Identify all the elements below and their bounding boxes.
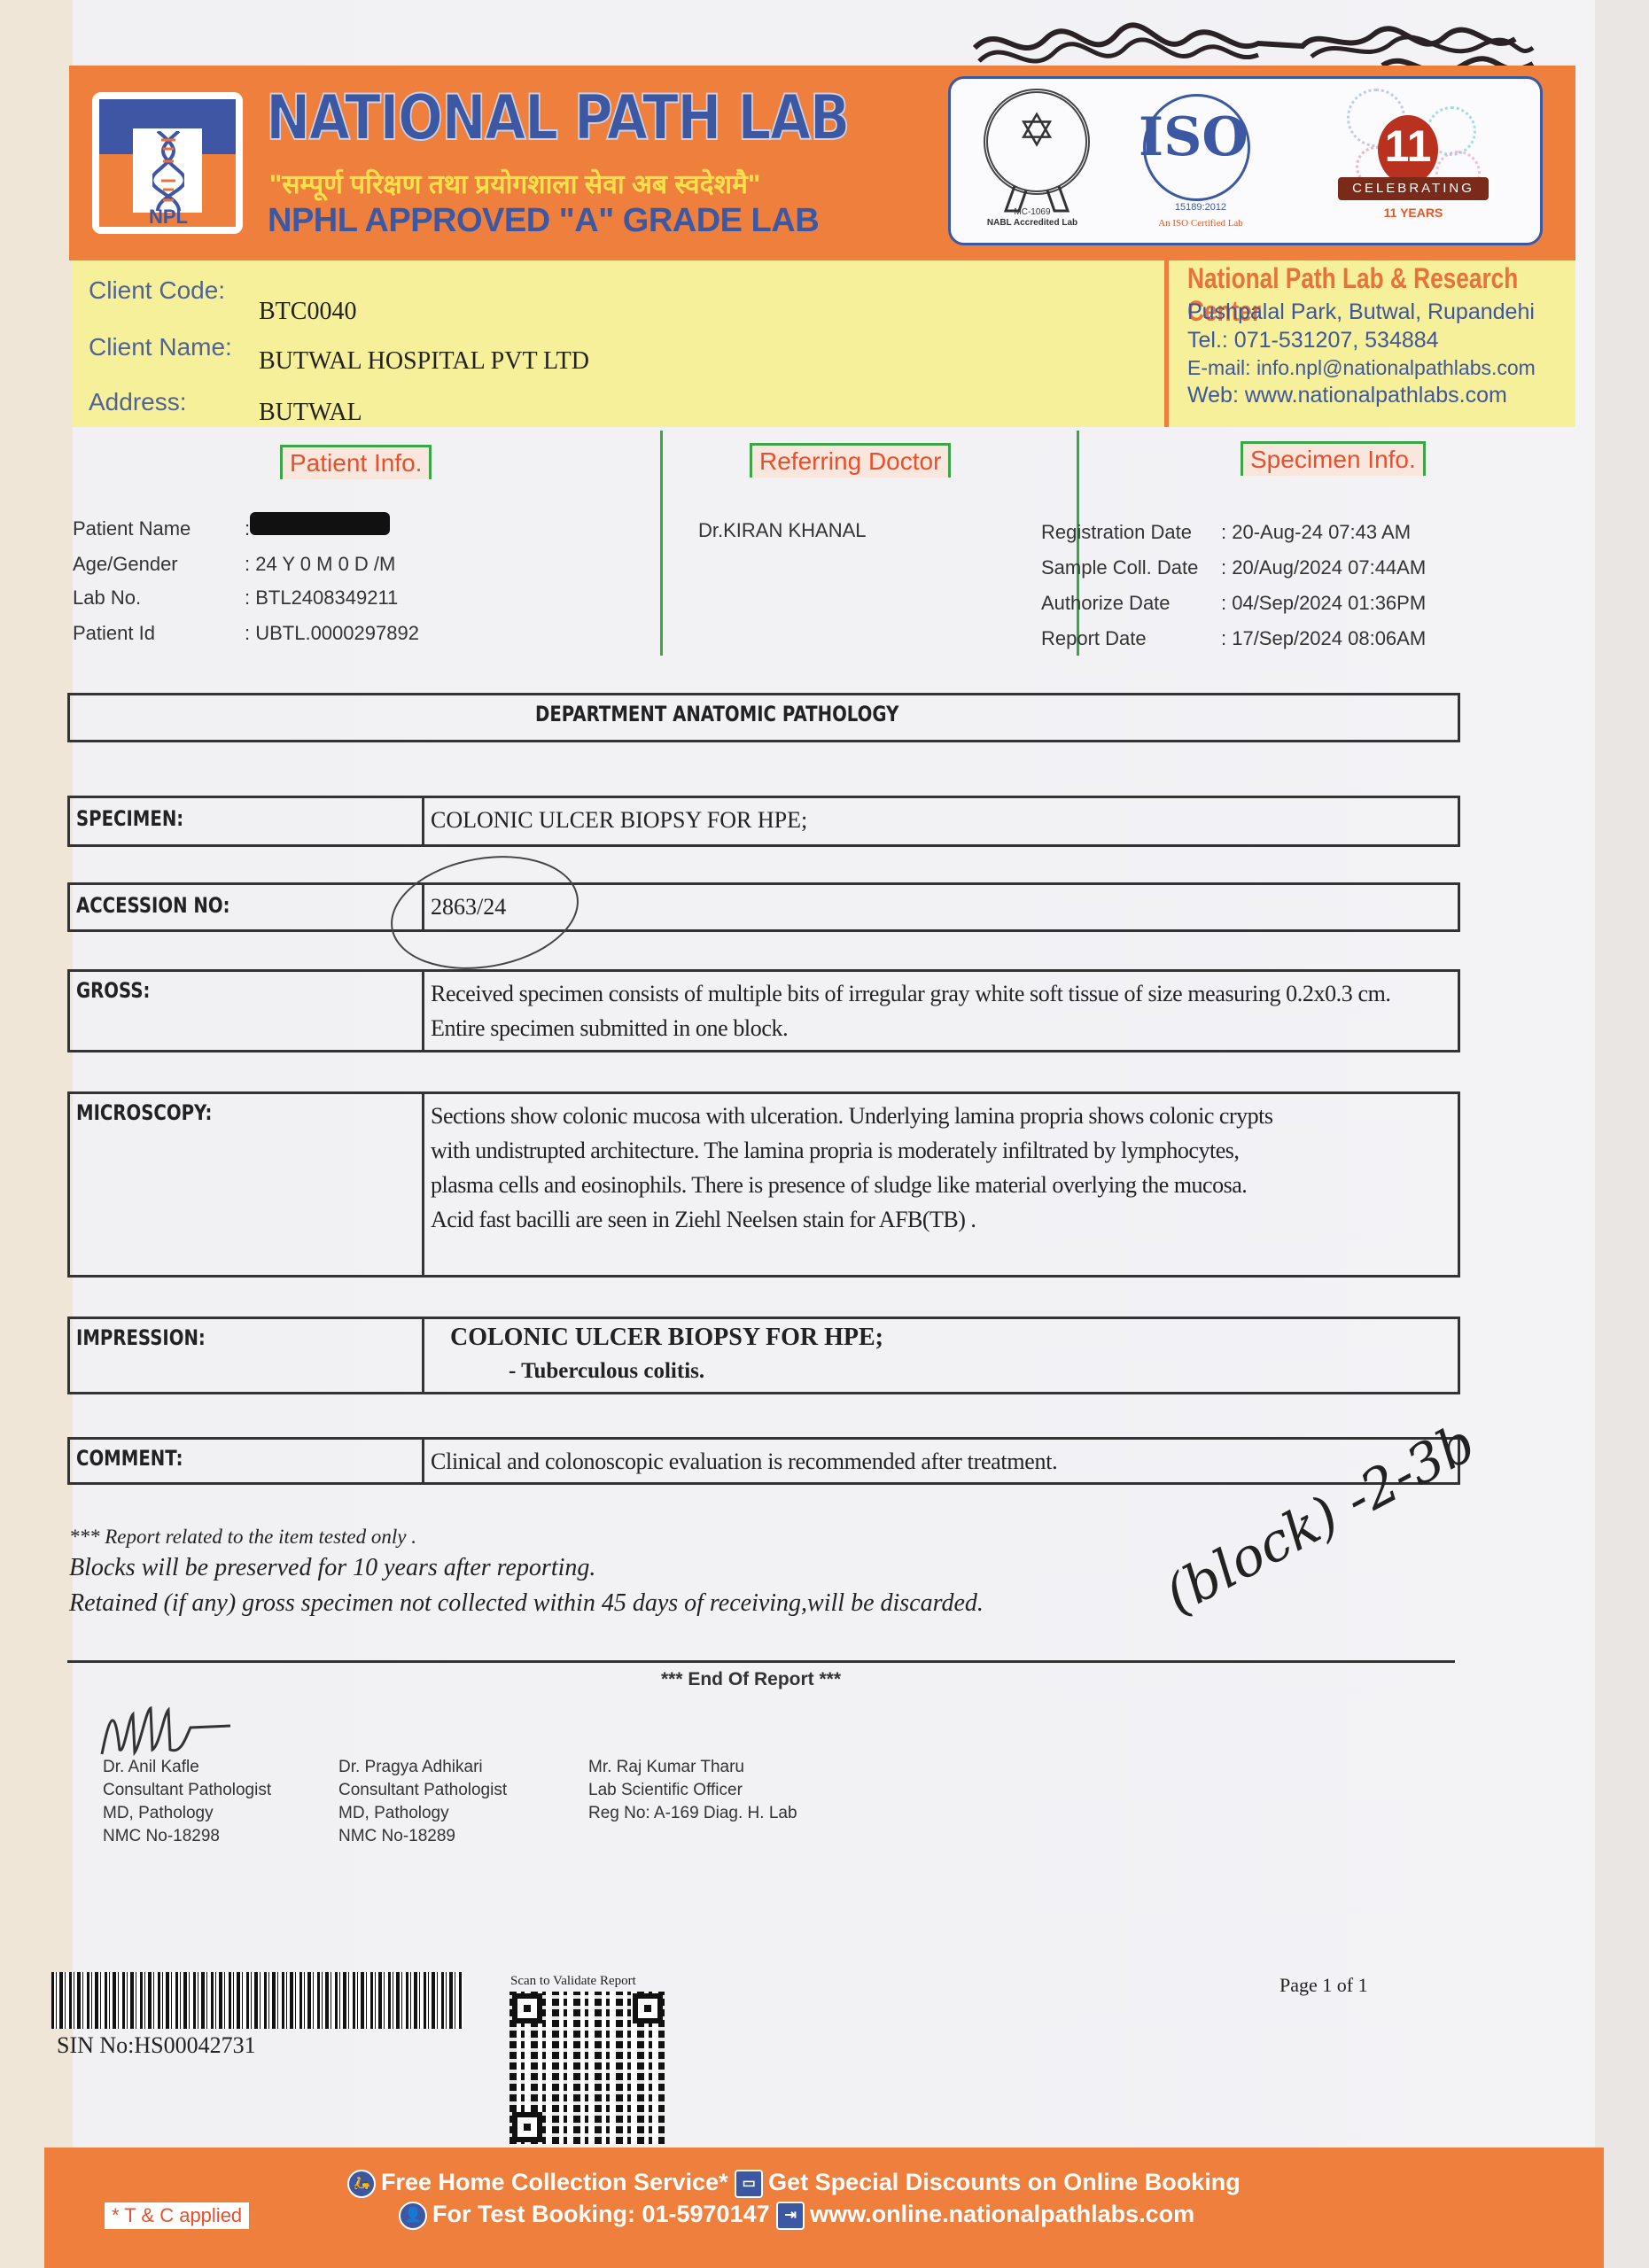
client-name-label: Client Name:	[89, 333, 232, 361]
anniversary-ribbon-text: CELEBRATING	[1338, 181, 1489, 196]
report-date: : 17/Sep/2024 08:06AM	[1221, 627, 1426, 650]
qr-finder-icon	[512, 2112, 542, 2142]
barcode	[51, 1972, 463, 2029]
client-address: BUTWAL	[259, 399, 362, 427]
gross-text: Received specimen consists of multiple b…	[431, 976, 1432, 1045]
department-title: DEPARTMENT ANATOMIC PATHOLOGY	[535, 702, 898, 726]
anniversary-number: 11	[1378, 120, 1438, 172]
gross-label: GROSS:	[76, 978, 150, 1003]
footer-line-1: 🛵Free Home Collection Service* ▭Get Spec…	[347, 2169, 1241, 2198]
microscopy-line: with undistrupted architecture. The lami…	[431, 1133, 1239, 1168]
client-code: BTC0040	[259, 298, 356, 326]
lab-name: NATIONAL PATH LAB	[266, 82, 849, 154]
note-line: Blocks will be preserved for 10 years af…	[69, 1554, 595, 1582]
box-divider	[422, 1091, 424, 1278]
home-collection-text: Free Home Collection Service*	[381, 2169, 728, 2195]
signatory-qualification: MD, Pathology	[103, 1802, 271, 1825]
box-divider	[422, 1437, 424, 1485]
address-label: Address:	[89, 388, 187, 416]
signatory-reg: NMC No-18298	[103, 1825, 271, 1848]
specimen-label: SPECIMEN:	[76, 806, 183, 831]
signature-mark	[97, 1701, 248, 1763]
nabl-code: MC-1069	[957, 207, 1108, 217]
center-address: Pushpalal Park, Butwal, Rupandehi	[1187, 299, 1535, 325]
age-gender: : 24 Y 0 M 0 D /M	[245, 553, 395, 576]
dna-icon	[152, 131, 184, 211]
center-web: Web: www.nationalpathlabs.com	[1187, 383, 1507, 408]
note-line: Retained (if any) gross specimen not col…	[69, 1589, 984, 1618]
microscopy-line: plasma cells and eosinophils. There is p…	[431, 1168, 1247, 1202]
comment-text: Clinical and colonoscopic evaluation is …	[431, 1444, 1057, 1479]
specimen-info-tag: Specimen Info.	[1241, 441, 1426, 476]
band-divider	[1164, 260, 1169, 427]
patient-info-tag: Patient Info.	[280, 445, 432, 479]
user-icon: 👤	[399, 2202, 427, 2230]
microscopy-line: Acid fast bacilli are seen in Ziehl Neel…	[431, 1202, 976, 1237]
logo-text: NPL	[133, 206, 204, 229]
patient-name-label: Patient Name	[73, 517, 191, 540]
qr-finder-icon	[512, 1993, 542, 2023]
center-tel: Tel.: 071-531207, 534884	[1187, 328, 1439, 353]
qr-caption: Scan to Validate Report	[510, 1974, 636, 1989]
impression-label: IMPRESSION:	[76, 1325, 206, 1350]
iso-standard: 15189:2012	[1143, 202, 1258, 213]
nabl-label: NABL Accredited Lab	[957, 218, 1108, 228]
impression-title: COLONIC ULCER BIOPSY FOR HPE;	[450, 1324, 883, 1352]
box-divider	[422, 1317, 424, 1394]
online-booking-link[interactable]: www.online.nationalpathlabs.com	[810, 2201, 1194, 2227]
redaction-mark	[250, 512, 390, 535]
microscopy-line: Sections show colonic mucosa with ulcera…	[431, 1099, 1272, 1133]
iso-logo: ISO	[1139, 106, 1248, 168]
center-email: E-mail: info.npl@nationalpathlabs.com	[1187, 356, 1536, 380]
authorize-date: : 04/Sep/2024 01:36PM	[1221, 592, 1426, 615]
comment-label: COMMENT:	[76, 1446, 183, 1471]
anniversary-years: 11 YEARS	[1338, 206, 1489, 220]
registration-date: : 20-Aug-24 07:43 AM	[1221, 521, 1411, 544]
signatory-name: Mr. Raj Kumar Tharu	[588, 1756, 797, 1779]
signatory-name: Dr. Pragya Adhikari	[338, 1756, 507, 1779]
lab-no-label: Lab No.	[73, 586, 141, 610]
report-page: NPL NATIONAL PATH LAB "सम्पूर्ण परिक्षण …	[0, 0, 1649, 2268]
signatory-3: Mr. Raj Kumar Tharu Lab Scientific Offic…	[588, 1756, 797, 1825]
delivery-icon: 🛵	[347, 2170, 376, 2198]
specimen-value: COLONIC ULCER BIOPSY FOR HPE;	[431, 803, 807, 837]
accession-box	[67, 882, 1460, 932]
nabl-star-icon: ✡	[984, 105, 1090, 158]
discount-text: Get Special Discounts on Online Booking	[768, 2169, 1241, 2195]
note-line: *** Report related to the item tested on…	[69, 1526, 416, 1549]
report-date-label: Report Date	[1041, 627, 1147, 650]
signatory-qualification: MD, Pathology	[338, 1802, 507, 1825]
patient-id-label: Patient Id	[73, 622, 155, 645]
login-icon: ⇥	[776, 2202, 805, 2230]
pen-circle-mark	[382, 842, 587, 983]
referring-doctor-tag: Referring Doctor	[750, 443, 951, 478]
signatory-title: Consultant Pathologist	[338, 1779, 507, 1802]
signatory-1: Dr. Anil Kafle Consultant Pathologist MD…	[103, 1756, 271, 1848]
end-of-report: *** End Of Report ***	[661, 1669, 841, 1690]
signatory-reg: NMC No-18289	[338, 1825, 507, 1848]
footer-line-2: 👤For Test Booking: 01-5970147 ⇥www.onlin…	[399, 2201, 1194, 2230]
online-booking-icon: ▭	[735, 2170, 763, 2198]
lab-no: : BTL2408349211	[245, 586, 398, 610]
registration-date-label: Registration Date	[1041, 521, 1192, 544]
client-name: BUTWAL HOSPITAL PVT LTD	[259, 347, 589, 376]
accession-label: ACCESSION NO:	[76, 893, 229, 918]
page-indicator: Page 1 of 1	[1280, 1974, 1368, 1997]
grade-tagline: NPHL APPROVED "A" GRADE LAB	[268, 202, 819, 240]
sin-number: SIN No:HS00042731	[57, 2032, 256, 2059]
qr-finder-icon	[633, 1993, 663, 2023]
signatory-title: Lab Scientific Officer	[588, 1779, 797, 1802]
referring-doctor-name: Dr.KIRAN KHANAL	[698, 519, 867, 542]
booking-phone[interactable]: For Test Booking: 01-5970147	[432, 2201, 770, 2227]
authorize-date-label: Authorize Date	[1041, 592, 1171, 615]
terms-note: * T & C applied	[105, 2202, 249, 2229]
impression-diagnosis: - Tuberculous colitis.	[509, 1359, 704, 1384]
box-divider	[422, 969, 424, 1052]
signatory-title: Consultant Pathologist	[103, 1779, 271, 1802]
iso-label: An ISO Certified Lab	[1125, 218, 1276, 229]
nepali-tagline: "सम्पूर्ण परिक्षण तथा प्रयोगशाला सेवा अब…	[269, 165, 760, 201]
sample-coll-date: : 20/Aug/2024 07:44AM	[1221, 556, 1426, 579]
age-gender-label: Age/Gender	[73, 553, 178, 576]
signatory-qualification: Reg No: A-169 Diag. H. Lab	[588, 1802, 797, 1825]
patient-id: : UBTL.0000297892	[245, 622, 419, 645]
client-code-label: Client Code:	[89, 276, 225, 305]
divider-line	[67, 1660, 1455, 1663]
signatory-2: Dr. Pragya Adhikari Consultant Pathologi…	[338, 1756, 507, 1848]
column-divider	[660, 431, 663, 656]
microscopy-label: MICROSCOPY:	[76, 1100, 212, 1125]
signatory-name: Dr. Anil Kafle	[103, 1756, 271, 1779]
sample-coll-date-label: Sample Coll. Date	[1041, 556, 1198, 579]
box-divider	[422, 796, 424, 847]
